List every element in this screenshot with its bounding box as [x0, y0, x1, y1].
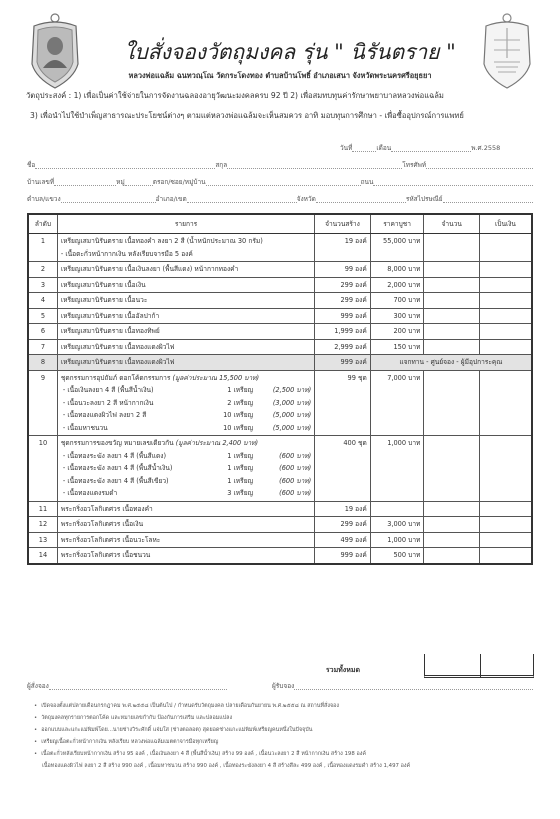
row-item: เหรียญเสมานิรันตราย เนื้ออัลปาก้า	[57, 308, 314, 324]
row-item: เหรียญเสมานิรันตราย เนื้อนวะ	[57, 293, 314, 309]
row-made-count: 99 ชุด	[315, 370, 371, 436]
row-amount-field[interactable]	[479, 277, 532, 293]
total-amount-field[interactable]	[480, 654, 534, 678]
row-qty-field[interactable]	[424, 293, 480, 309]
component-name: - เนื้อเงินลงยา 4 สี (พื้นสีน้ำเงิน)	[63, 384, 203, 397]
medallion-yantra-image	[480, 12, 534, 92]
date-label: วันที่	[340, 143, 352, 153]
col-header-made: จำนวนสร้าง	[315, 214, 371, 234]
month-field[interactable]	[391, 143, 471, 152]
row-number: 8	[28, 355, 57, 371]
component-count: 10 เหรียญ	[203, 409, 259, 422]
component-count: 1 เหรียญ	[203, 475, 259, 488]
table-row: 14พระกริ่งอวโลกิเตศวร เนื้อชนวน999 องค์5…	[28, 548, 532, 564]
set-component: - เนื้อเงินลงยา 4 สี (พื้นสีน้ำเงิน)1 เห…	[61, 384, 311, 397]
row-price: 700 บาท	[370, 293, 424, 309]
row-made-count: 1,999 องค์	[315, 324, 371, 340]
row-made-count: 999 องค์	[315, 548, 371, 564]
item-name: เหรียญเสมานิรันตราย เนื้อนวะ	[61, 296, 147, 304]
subdistrict-label: ตำบล/แขวง	[27, 194, 61, 204]
surname-field[interactable]	[227, 160, 402, 169]
item-name: เหรียญเสมานิรันตราย เนื้ออัลปาก้า	[61, 312, 159, 320]
set-component: - เนื้อทองระฆัง ลงยา 4 สี (พื้นสีน้ำเงิน…	[61, 462, 311, 475]
table-row: 6เหรียญเสมานิรันตราย เนื้อทองทิพย์1,999 …	[28, 324, 532, 340]
row-amount-field[interactable]	[479, 532, 532, 548]
component-name: - เนื้อทองแดงรมดำ	[63, 487, 203, 500]
row-amount-field[interactable]	[479, 262, 532, 278]
year-label: พ.ศ.2558	[471, 143, 500, 153]
row-number: 1	[28, 234, 57, 262]
component-value: (3,000 บาท)	[259, 397, 311, 410]
table-row: 4เหรียญเสมานิรันตราย เนื้อนวะ299 องค์700…	[28, 293, 532, 309]
component-value: (600 บาท)	[259, 475, 311, 488]
set-component: - เนื้อมหาชนวน10 เหรียญ(5,000 บาท)	[61, 422, 311, 435]
row-amount-field[interactable]	[479, 308, 532, 324]
row-amount-field[interactable]	[479, 293, 532, 309]
row-qty-field[interactable]	[424, 234, 480, 262]
component-value: (2,500 บาท)	[259, 384, 311, 397]
soi-field[interactable]	[206, 177, 361, 186]
row-number: 4	[28, 293, 57, 309]
province-label: จังหวัด	[297, 194, 316, 204]
row-item: เหรียญเสมานิรันตราย เนื้อเงินลงยา (พื้นส…	[57, 262, 314, 278]
row-price: 150 บาท	[370, 339, 424, 355]
date-line: วันที่ เดือน พ.ศ.2558	[340, 143, 533, 153]
row-item: เหรียญเสมานิรันตราย เนื้อทองแดงผิวไฟ	[57, 339, 314, 355]
order-table: ลำดับ รายการ จำนวนสร้าง ราคาบูชา จำนวน เ…	[27, 213, 533, 565]
row-distribution-note: แจกทาน - ศูนย์จอง - ผู้มีอุปการะคุณ	[370, 355, 532, 371]
name-line: ชื่อ สกุล โทรศัพท์	[27, 160, 533, 170]
row-item: เหรียญเสมานิรันตราย เนื้อทองแดงผิวไฟ	[57, 355, 314, 371]
road-label: ถนน	[361, 177, 374, 187]
total-qty-field[interactable]	[424, 654, 481, 678]
table-row: 12พระกริ่งอวโลกิเตศวร เนื้อเงิน299 องค์3…	[28, 517, 532, 533]
medallion-monk-image	[28, 12, 82, 92]
row-qty-field[interactable]	[424, 517, 480, 533]
road-field[interactable]	[373, 177, 533, 186]
page-title: ใบสั่งจองวัตถุมงคล รุ่น " นิรันตราย "	[120, 36, 460, 69]
item-name: พระกริ่งอวโลกิเตศวร เนื้อทองคำ	[61, 505, 153, 513]
set-component: - เนื้อทองระฆัง ลงยา 4 สี (พื้นสีแดง)1 เ…	[61, 450, 311, 463]
item-name: เหรียญเสมานิรันตราย เนื้อเงิน	[61, 281, 146, 289]
postcode-field[interactable]	[443, 194, 533, 203]
item-value-note: (มูลค่าประมาณ 15,500 บาท)	[173, 374, 260, 382]
component-name: - เนื้อทองแดงผิวไฟ ลงยา 2 สี	[63, 409, 203, 422]
row-amount-field[interactable]	[479, 370, 532, 436]
row-qty-field[interactable]	[424, 370, 480, 436]
component-value: (5,000 บาท)	[259, 409, 311, 422]
row-qty-field[interactable]	[424, 277, 480, 293]
month-label: เดือน	[376, 143, 391, 153]
table-row: 5เหรียญเสมานิรันตราย เนื้ออัลปาก้า999 อง…	[28, 308, 532, 324]
row-price: 300 บาท	[370, 308, 424, 324]
district-line: ตำบล/แขวง อำเภอ/เขต จังหวัด รหัสไปรษณีย์	[27, 194, 533, 204]
purpose-line-2: 3) เพื่อนำไปใช้บำเพ็ญสาธารณะประโยชน์ต่าง…	[30, 110, 540, 122]
set-component: - เนื้อทองระฆัง ลงยา 4 สี (พื้นสีเขียว)1…	[61, 475, 311, 488]
house-no-label: บ้านเลขที่	[27, 177, 54, 187]
table-row: 10ชุดกรรมการของขวัญ หมายเลขเดียวกัน (มูล…	[28, 436, 532, 502]
orderer-signature-line: ผู้สั่งจอง	[27, 681, 227, 691]
table-row: 13พระกริ่งอวโลกิเตศวร เนื้อนวะโลหะ499 อง…	[28, 532, 532, 548]
row-qty-field[interactable]	[424, 532, 480, 548]
row-amount-field[interactable]	[479, 436, 532, 502]
row-price: 200 บาท	[370, 324, 424, 340]
note-item: วัตถุมงคลทุกรายการตอกโค้ด และหมายเลขกำกั…	[34, 712, 410, 724]
orderer-field[interactable]	[49, 681, 227, 690]
row-item: เหรียญเสมานิรันตราย เนื้อทองทิพย์	[57, 324, 314, 340]
row-item: ชุดกรรมการของขวัญ หมายเลขเดียวกัน (มูลค่…	[57, 436, 314, 502]
receiver-field[interactable]	[294, 681, 533, 690]
item-name: พระกริ่งอวโลกิเตศวร เนื้อชนวน	[61, 551, 150, 559]
row-item: พระกริ่งอวโลกิเตศวร เนื้อนวะโลหะ	[57, 532, 314, 548]
note-item: เหรียญเนื้อตะกั่วหน้ากากเงิน หลังเรียบ ห…	[34, 736, 410, 748]
row-number: 10	[28, 436, 57, 502]
component-name: - เนื้อมหาชนวน	[63, 422, 203, 435]
row-number: 9	[28, 370, 57, 436]
item-name: พระกริ่งอวโลกิเตศวร เนื้อเงิน	[61, 520, 143, 528]
note-item: เปิดจองตั้งแต่ปลายเดือนกรกฎาคม พ.ศ.๒๕๕๘ …	[34, 700, 410, 712]
surname-label: สกุล	[215, 160, 227, 170]
moo-label: หมู่	[116, 177, 125, 187]
item-name: เหรียญเสมานิรันตราย เนื้อทองแดงผิวไฟ	[61, 343, 175, 351]
row-item: เหรียญเสมานิรันตราย เนื้อเงิน	[57, 277, 314, 293]
row-number: 5	[28, 308, 57, 324]
set-component: - เนื้อทองแดงรมดำ3 เหรียญ(600 บาท)	[61, 487, 311, 500]
component-value: (5,000 บาท)	[259, 422, 311, 435]
table-row: 3เหรียญเสมานิรันตราย เนื้อเงิน299 องค์2,…	[28, 277, 532, 293]
row-price: 500 บาท	[370, 548, 424, 564]
component-count: 1 เหรียญ	[203, 450, 259, 463]
row-amount-field[interactable]	[479, 339, 532, 355]
house-no-field[interactable]	[54, 177, 116, 186]
row-price: 2,000 บาท	[370, 277, 424, 293]
row-item: พระกริ่งอวโลกิเตศวร เนื้อทองคำ	[57, 501, 314, 517]
row-made-count: 299 องค์	[315, 277, 371, 293]
component-value: (600 บาท)	[259, 487, 311, 500]
item-name: เหรียญเสมานิรันตราย เนื้อทองแดงผิวไฟ	[61, 358, 175, 366]
row-price: 55,000 บาท	[370, 234, 424, 262]
row-made-count: 19 องค์	[315, 501, 371, 517]
orderer-label: ผู้สั่งจอง	[27, 681, 49, 691]
receiver-signature-line: ผู้รับจอง	[272, 681, 533, 691]
component-count: 10 เหรียญ	[203, 422, 259, 435]
name-label: ชื่อ	[27, 160, 35, 170]
row-made-count: 299 องค์	[315, 293, 371, 309]
row-item: เหรียญเสมานิรันตราย เนื้อทองคำ ลงยา 2 สี…	[57, 234, 314, 262]
set-component: - เนื้อทองแดงผิวไฟ ลงยา 2 สี10 เหรียญ(5,…	[61, 409, 311, 422]
row-number: 3	[28, 277, 57, 293]
row-number: 14	[28, 548, 57, 564]
row-number: 7	[28, 339, 57, 355]
row-amount-field[interactable]	[479, 501, 532, 517]
row-amount-field[interactable]	[479, 324, 532, 340]
component-name: - เนื้อทองระฆัง ลงยา 4 สี (พื้นสีเขียว)	[63, 475, 203, 488]
component-value: (600 บาท)	[259, 450, 311, 463]
set-component: - เนื้อนวะลงยา 2 สี หน้ากากเงิน2 เหรียญ(…	[61, 397, 311, 410]
row-qty-field[interactable]	[424, 548, 480, 564]
row-qty-field[interactable]	[424, 436, 480, 502]
row-made-count: 99 องค์	[315, 262, 371, 278]
soi-label: ตรอก/ซอย/หมู่บ้าน	[153, 177, 206, 187]
row-made-count: 299 องค์	[315, 517, 371, 533]
table-row: 2เหรียญเสมานิรันตราย เนื้อเงินลงยา (พื้น…	[28, 262, 532, 278]
item-name: เหรียญเสมานิรันตราย เนื้อทองคำ ลงยา 2 สี…	[61, 237, 263, 245]
table-row: 8เหรียญเสมานิรันตราย เนื้อทองแดงผิวไฟ999…	[28, 355, 532, 371]
row-number: 12	[28, 517, 57, 533]
item-name: เหรียญเสมานิรันตราย เนื้อทองทิพย์	[61, 327, 160, 335]
item-note: - เนื้อตะกั่วหน้ากากเงิน หลังเรียบจารมือ…	[61, 248, 311, 261]
row-number: 2	[28, 262, 57, 278]
component-count: 1 เหรียญ	[203, 384, 259, 397]
row-number: 13	[28, 532, 57, 548]
row-number: 11	[28, 501, 57, 517]
row-qty-field[interactable]	[424, 339, 480, 355]
col-header-no: ลำดับ	[28, 214, 57, 234]
row-price: 8,000 บาท	[370, 262, 424, 278]
row-amount-field[interactable]	[479, 548, 532, 564]
note-item-continued: เนื้อทองแดงผิวไฟ ลงยา 2 สี สร้าง 990 องค…	[34, 760, 410, 772]
row-price: 1,000 บาท	[370, 436, 424, 502]
col-header-amount: เป็นเงิน	[479, 214, 532, 234]
row-made-count: 19 องค์	[315, 234, 371, 262]
district-label: อำเภอ/เขต	[156, 194, 187, 204]
moo-field[interactable]	[125, 177, 153, 186]
name-field[interactable]	[35, 160, 215, 169]
notes-list: เปิดจองตั้งแต่ปลายเดือนกรกฎาคม พ.ศ.๒๕๕๘ …	[34, 700, 410, 772]
row-number: 6	[28, 324, 57, 340]
col-header-qty: จำนวน	[424, 214, 480, 234]
subdistrict-field[interactable]	[61, 194, 156, 203]
row-price	[370, 501, 424, 517]
row-item: ชุดกรรมการอุปถัมภ์ ดอกโค้ดกรรมการ (มูลค่…	[57, 370, 314, 436]
row-made-count: 2,999 องค์	[315, 339, 371, 355]
table-row: 7เหรียญเสมานิรันตราย เนื้อทองแดงผิวไฟ2,9…	[28, 339, 532, 355]
temple-address: หลวงพ่อแฉล้ม ฉนทวณฺโณ วัดกระโดงทอง ตำบลบ…	[100, 70, 460, 82]
table-header-row: ลำดับ รายการ จำนวนสร้าง ราคาบูชา จำนวน เ…	[28, 214, 532, 234]
item-name: เหรียญเสมานิรันตราย เนื้อเงินลงยา (พื้นส…	[61, 265, 238, 273]
component-value: (600 บาท)	[259, 462, 311, 475]
row-qty-field[interactable]	[424, 501, 480, 517]
component-count: 2 เหรียญ	[203, 397, 259, 410]
row-price: 7,000 บาท	[370, 370, 424, 436]
address-line: บ้านเลขที่ หมู่ ตรอก/ซอย/หมู่บ้าน ถนน	[27, 177, 533, 187]
receiver-label: ผู้รับจอง	[272, 681, 294, 691]
item-value-note: (มูลค่าประมาณ 2,400 บาท)	[176, 439, 258, 447]
row-price: 3,000 บาท	[370, 517, 424, 533]
col-header-item: รายการ	[57, 214, 314, 234]
table-row: 1เหรียญเสมานิรันตราย เนื้อทองคำ ลงยา 2 ส…	[28, 234, 532, 262]
table-row: 11พระกริ่งอวโลกิเตศวร เนื้อทองคำ19 องค์	[28, 501, 532, 517]
note-item: ออกแบบและแกะแม่พิมพ์โดย...นายช่างวิระศัก…	[34, 724, 410, 736]
row-qty-field[interactable]	[424, 262, 480, 278]
district-field[interactable]	[187, 194, 297, 203]
row-qty-field[interactable]	[424, 308, 480, 324]
province-field[interactable]	[316, 194, 406, 203]
date-field[interactable]	[352, 143, 376, 152]
component-name: - เนื้อทองระฆัง ลงยา 4 สี (พื้นสีแดง)	[63, 450, 203, 463]
postcode-label: รหัสไปรษณีย์	[406, 194, 443, 204]
row-made-count: 499 องค์	[315, 532, 371, 548]
purpose-line-1: วัตถุประสงค์ : 1) เพื่อเป็นค่าใช้จ่ายในก…	[26, 90, 536, 102]
component-count: 3 เหรียญ	[203, 487, 259, 500]
row-made-count: 999 องค์	[315, 308, 371, 324]
item-name: ชุดกรรมการของขวัญ หมายเลขเดียวกัน	[61, 439, 174, 447]
note-item: เนื้อตะกั่วหลังเรียบหน้ากากเงิน สร้าง 95…	[34, 748, 410, 760]
phone-label: โทรศัพท์	[402, 160, 426, 170]
row-item: พระกริ่งอวโลกิเตศวร เนื้อเงิน	[57, 517, 314, 533]
row-price: 1,000 บาท	[370, 532, 424, 548]
row-amount-field[interactable]	[479, 234, 532, 262]
row-item: พระกริ่งอวโลกิเตศวร เนื้อชนวน	[57, 548, 314, 564]
row-qty-field[interactable]	[424, 324, 480, 340]
item-name: พระกริ่งอวโลกิเตศวร เนื้อนวะโลหะ	[61, 536, 160, 544]
item-name: ชุดกรรมการอุปถัมภ์ ดอกโค้ดกรรมการ	[61, 374, 170, 382]
table-row: 9ชุดกรรมการอุปถัมภ์ ดอกโค้ดกรรมการ (มูลค…	[28, 370, 532, 436]
component-name: - เนื้อทองระฆัง ลงยา 4 สี (พื้นสีน้ำเงิน…	[63, 462, 203, 475]
row-amount-field[interactable]	[479, 517, 532, 533]
row-made-count: 400 ชุด	[315, 436, 371, 502]
phone-field[interactable]	[426, 160, 533, 169]
row-made-count: 999 องค์	[315, 355, 371, 371]
component-count: 1 เหรียญ	[203, 462, 259, 475]
component-name: - เนื้อนวะลงยา 2 สี หน้ากากเงิน	[63, 397, 203, 410]
total-label: รวมทั้งหมด	[310, 665, 360, 676]
col-header-price: ราคาบูชา	[370, 214, 424, 234]
